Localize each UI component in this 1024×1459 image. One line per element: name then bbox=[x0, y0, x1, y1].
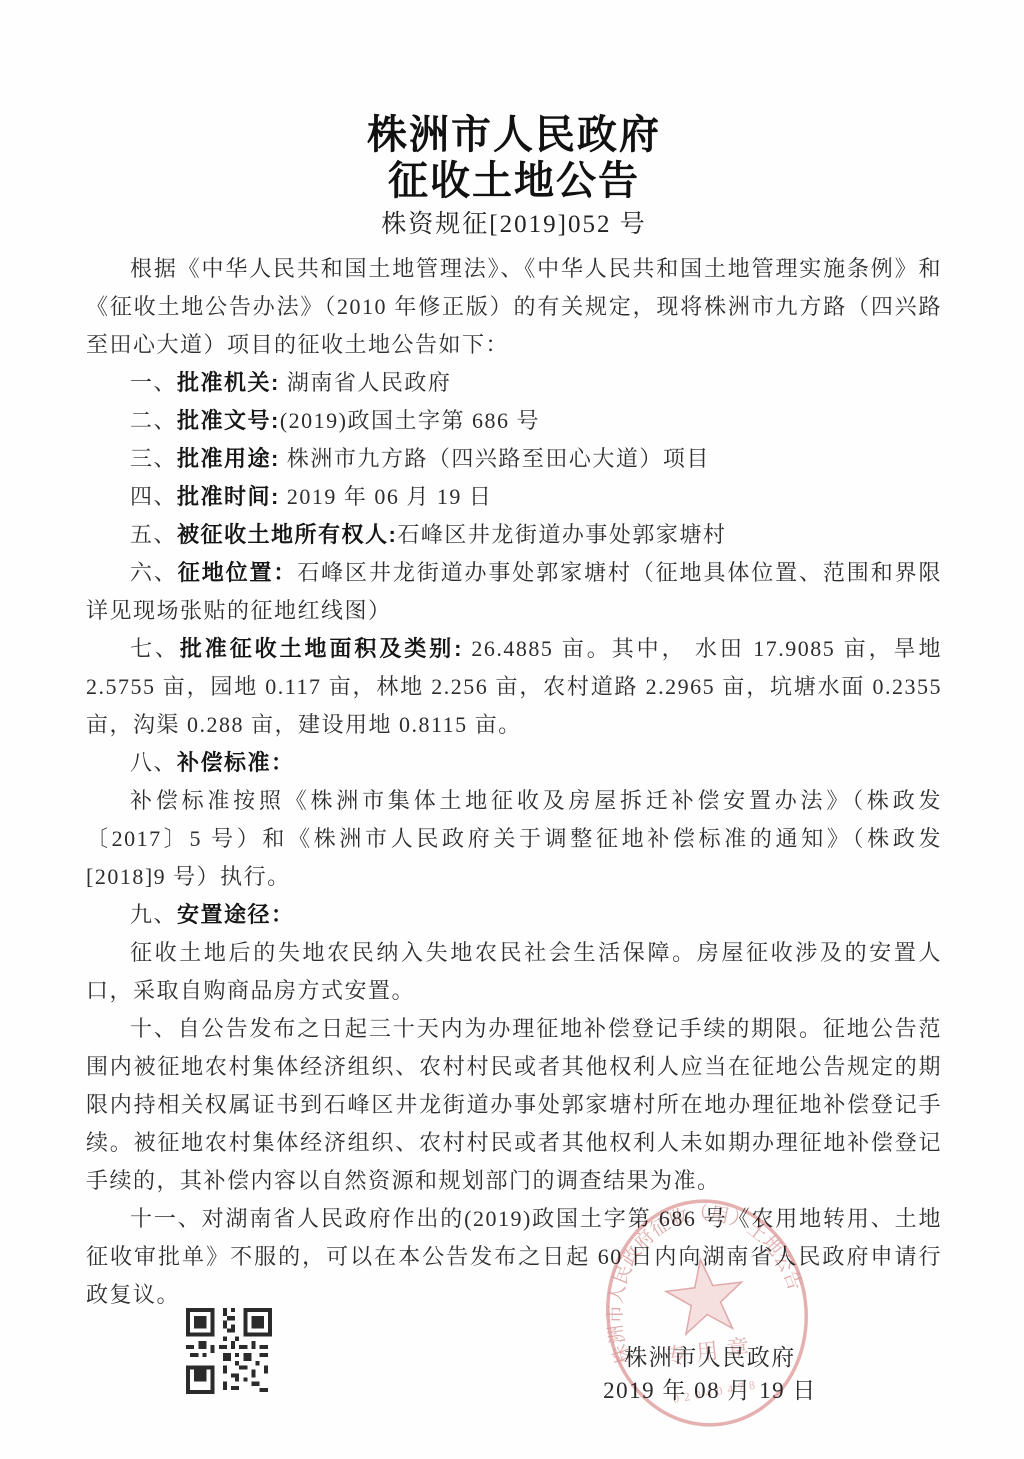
item-1-approval-authority: 一、批准机关: 湖南省人民政府 bbox=[86, 364, 942, 402]
document-content: 株洲市人民政府 征收土地公告 株资规征[2019]052 号 根据《中华人民共和… bbox=[86, 112, 942, 1314]
item-value: (2019)政国土字第 686 号 bbox=[280, 408, 540, 433]
item-3-approved-use: 三、批准用途: 株洲市九方路（四兴路至田心大道）项目 bbox=[86, 440, 942, 478]
item-value: 石峰区井龙街道办事处郭家塘村 bbox=[397, 522, 726, 547]
item-label: 补偿标准： bbox=[177, 750, 295, 775]
item-value: 株洲市九方路（四兴路至田心大道）项目 bbox=[280, 446, 710, 471]
item-value: 2019 年 06 月 19 日 bbox=[280, 484, 493, 509]
item-number: 九、 bbox=[130, 902, 177, 927]
qr-code bbox=[186, 1308, 272, 1394]
item-label: 批准时间: bbox=[177, 484, 280, 509]
seal-center-text: 专用章 bbox=[664, 1333, 759, 1369]
document-page: 株洲市人民政府 征收土地公告 株资规征[2019]052 号 根据《中华人民共和… bbox=[0, 0, 1024, 1459]
item-number: 三、 bbox=[130, 446, 177, 471]
item-10-registration-deadline-paragraph: 十、自公告发布之日起三十天内为办理征地补偿登记手续的期限。征地公告范围内被征地农… bbox=[86, 1010, 942, 1200]
intro-paragraph: 根据《中华人民共和国土地管理法》、《中华人民共和国土地管理实施条例》和《征收土地… bbox=[86, 250, 942, 364]
item-number: 七、 bbox=[130, 636, 180, 661]
item-9-resettlement-heading: 九、安置途径： bbox=[86, 896, 942, 934]
item-2-approval-document-number: 二、批准文号:(2019)政国土字第 686 号 bbox=[86, 402, 942, 440]
item-value: 湖南省人民政府 bbox=[280, 370, 452, 395]
official-seal: 株洲市人民政府征收（用）土地公告 专用章 02040478 bbox=[586, 1182, 827, 1444]
item-label: 批准文号: bbox=[177, 408, 280, 433]
item-number: 五、 bbox=[130, 522, 177, 547]
item-6-land-location: 六、征地位置：石峰区井龙街道办事处郭家塘村（征地具体位置、范围和界限详见现场张贴… bbox=[86, 554, 942, 630]
document-title-line1: 株洲市人民政府 bbox=[86, 112, 942, 158]
compensation-paragraph: 补偿标准按照《株洲市集体土地征收及房屋拆迁补偿安置办法》（株政发〔2017〕5 … bbox=[86, 782, 942, 896]
item-label: 批准用途: bbox=[177, 446, 280, 471]
item-number: 八、 bbox=[130, 750, 177, 775]
item-label: 被征收土地所有权人: bbox=[177, 522, 397, 547]
item-number: 六、 bbox=[130, 560, 178, 585]
item-7-land-area-categories: 七、批准征收土地面积及类别: 26.4885 亩。其中， 水田 17.9085 … bbox=[86, 630, 942, 744]
item-4-approval-date: 四、批准时间: 2019 年 06 月 19 日 bbox=[86, 478, 942, 516]
resettlement-paragraph: 征收土地后的失地农民纳入失地农民社会生活保障。房屋征收涉及的安置人口，采取自购商… bbox=[86, 934, 942, 1010]
item-label: 征地位置： bbox=[178, 560, 297, 585]
document-number: 株资规征[2019]052 号 bbox=[86, 208, 942, 242]
document-title-line2: 征收土地公告 bbox=[86, 158, 942, 204]
item-11-administrative-review-paragraph: 十一、对湖南省人民政府作出的(2019)政国土字第 686 号《农用地转用、土地… bbox=[86, 1200, 942, 1314]
item-number: 二、 bbox=[130, 408, 177, 433]
item-5-land-owner: 五、被征收土地所有权人:石峰区井龙街道办事处郭家塘村 bbox=[86, 516, 942, 554]
star-icon bbox=[663, 1255, 747, 1336]
item-number: 四、 bbox=[130, 484, 177, 509]
item-label: 批准机关: bbox=[177, 370, 280, 395]
document-body: 根据《中华人民共和国土地管理法》、《中华人民共和国土地管理实施条例》和《征收土地… bbox=[86, 250, 942, 1314]
item-label: 安置途径： bbox=[177, 902, 295, 927]
item-label: 批准征收土地面积及类别: bbox=[180, 636, 463, 661]
item-number: 一、 bbox=[130, 370, 177, 395]
seal-code: 02040478 bbox=[672, 1377, 761, 1406]
item-8-compensation-standard-heading: 八、补偿标准： bbox=[86, 744, 942, 782]
